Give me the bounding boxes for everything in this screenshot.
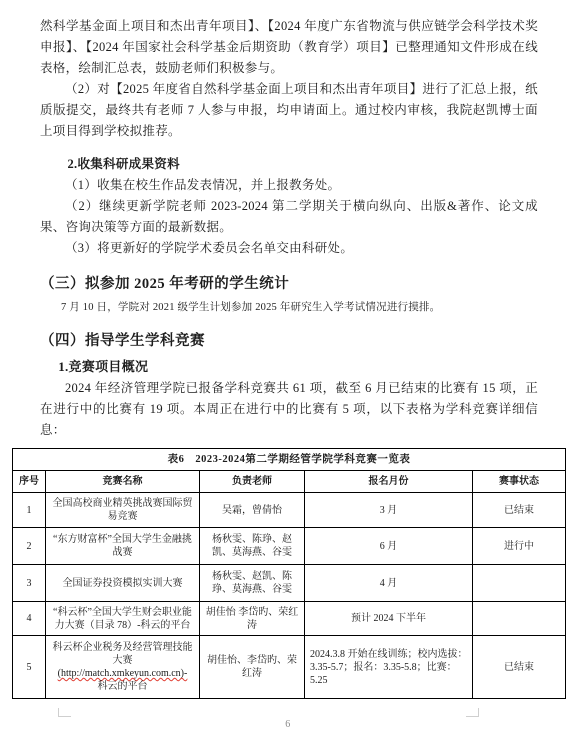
section-3-heading: （三）拟参加 2025 年考研的学生统计 <box>40 272 538 296</box>
table-title-row: 表6 2023-2024第二学期经管学院学科竞赛一览表 <box>13 449 566 471</box>
cell-teachers: 杨秋雯、陈琤、赵凯、莫海燕、谷雯 <box>200 528 305 565</box>
col-header-month: 报名月份 <box>305 471 473 493</box>
cell-no: 4 <box>13 602 46 636</box>
cell-status: 已结束 <box>473 636 566 699</box>
cell-no: 5 <box>13 636 46 699</box>
cell-teachers: 吴霜，曾倩怡 <box>200 493 305 528</box>
section-3-body: 7 月 10 日，学院对 2021 级学生计划参加 2025 年研究生入学考试情… <box>40 300 538 316</box>
table-row: 1 全国高校商业精英挑战赛国际贸易竞赛 吴霜，曾倩怡 3 月 已结束 <box>13 493 566 528</box>
table-title: 表6 2023-2024第二学期经管学院学科竞赛一览表 <box>13 449 566 471</box>
table-header-row: 序号 竞赛名称 负责老师 报名月份 赛事状态 <box>13 471 566 493</box>
cell-no: 3 <box>13 565 46 602</box>
page-number: 6 <box>0 719 576 730</box>
col-header-name: 竞赛名称 <box>46 471 200 493</box>
cell-competition-name: “东方财富杯”全国大学生金融挑战赛 <box>46 528 200 565</box>
col-header-teachers: 负责老师 <box>200 471 305 493</box>
cell-no: 1 <box>13 493 46 528</box>
paragraph-item-2-report: （2）对【2025 年度省自然科学基金面上项目和杰出青年项目】进行了汇总上报，纸… <box>40 79 538 142</box>
cell-status: 已结束 <box>473 493 566 528</box>
cell-teachers: 杨秋雯、赵凯、陈琤、莫海燕、谷雯 <box>200 565 305 602</box>
list-item-3: （3）将更新好的学院学术委员会名单交由科研处。 <box>40 238 538 259</box>
competition-table: 表6 2023-2024第二学期经管学院学科竞赛一览表 序号 竞赛名称 负责老师… <box>12 448 566 699</box>
competition-name-tail: 科云的平台 <box>49 680 196 693</box>
subheading-collect-results: 2.收集科研成果资料 <box>68 154 539 175</box>
document-content: 然科学基金面上项目和杰出青年项目】、【2024 年度广东省物流与供应链学会科学技… <box>0 0 576 699</box>
cell-competition-name: 科云杯企业税务及经营管理技能大赛 (http://match.xmkeyun.c… <box>46 636 200 699</box>
list-item-2: （2）继续更新学院老师 2023-2024 第二学期关于横向纵向、出版&著作、论… <box>40 196 538 238</box>
cell-competition-name: “科云杯”全国大学生财会职业能力大赛（目录 78）-科云的平台 <box>46 602 200 636</box>
cell-month: 预计 2024 下半年 <box>305 602 473 636</box>
col-header-no: 序号 <box>13 471 46 493</box>
cell-no: 2 <box>13 528 46 565</box>
document-page: 然科学基金面上项目和杰出青年项目】、【2024 年度广东省物流与供应链学会科学技… <box>0 0 576 744</box>
margin-corner-mark-left <box>58 708 71 717</box>
cell-month: 4 月 <box>305 565 473 602</box>
cell-teachers: 胡佳怡、李岱旳、荣红涛 <box>200 636 305 699</box>
cell-status: 进行中 <box>473 528 566 565</box>
competition-url-text: (http://match.xmkeyun.com.cn)- <box>49 667 196 680</box>
section-4-heading: （四）指导学生学科竞赛 <box>40 329 538 353</box>
cell-status <box>473 602 566 636</box>
paragraph-continued: 然科学基金面上项目和杰出青年项目】、【2024 年度广东省物流与供应链学会科学技… <box>40 16 538 79</box>
cell-teachers: 胡佳怡 李岱旳、荣红涛 <box>200 602 305 636</box>
cell-competition-name: 全国高校商业精英挑战赛国际贸易竞赛 <box>46 493 200 528</box>
margin-corner-mark-right <box>466 708 479 717</box>
table-row: 2 “东方财富杯”全国大学生金融挑战赛 杨秋雯、陈琤、赵凯、莫海燕、谷雯 6 月… <box>13 528 566 565</box>
subheading-competition-overview: 1.竞赛项目概况 <box>58 356 538 377</box>
table-row: 4 “科云杯”全国大学生财会职业能力大赛（目录 78）-科云的平台 胡佳怡 李岱… <box>13 602 566 636</box>
cell-month: 2024.3.8 开始在线训练；校内选拔：3.35-5.7；报名：3.35-5.… <box>305 636 473 699</box>
table-row: 5 科云杯企业税务及经营管理技能大赛 (http://match.xmkeyun… <box>13 636 566 699</box>
table-row: 3 全国证券投资模拟实训大赛 杨秋雯、赵凯、陈琤、莫海燕、谷雯 4 月 <box>13 565 566 602</box>
col-header-status: 赛事状态 <box>473 471 566 493</box>
cell-month: 3 月 <box>305 493 473 528</box>
list-item-1: （1）收集在校生作品发表情况，并上报教务处。 <box>40 175 538 196</box>
section-4-body: 2024 年经济管理学院已报备学科竞赛共 61 项，截至 6 月已结束的比赛有 … <box>40 378 538 441</box>
cell-status <box>473 565 566 602</box>
cell-competition-name: 全国证券投资模拟实训大赛 <box>46 565 200 602</box>
cell-month: 6 月 <box>305 528 473 565</box>
competition-name-text: 科云杯企业税务及经营管理技能大赛 <box>53 642 193 666</box>
